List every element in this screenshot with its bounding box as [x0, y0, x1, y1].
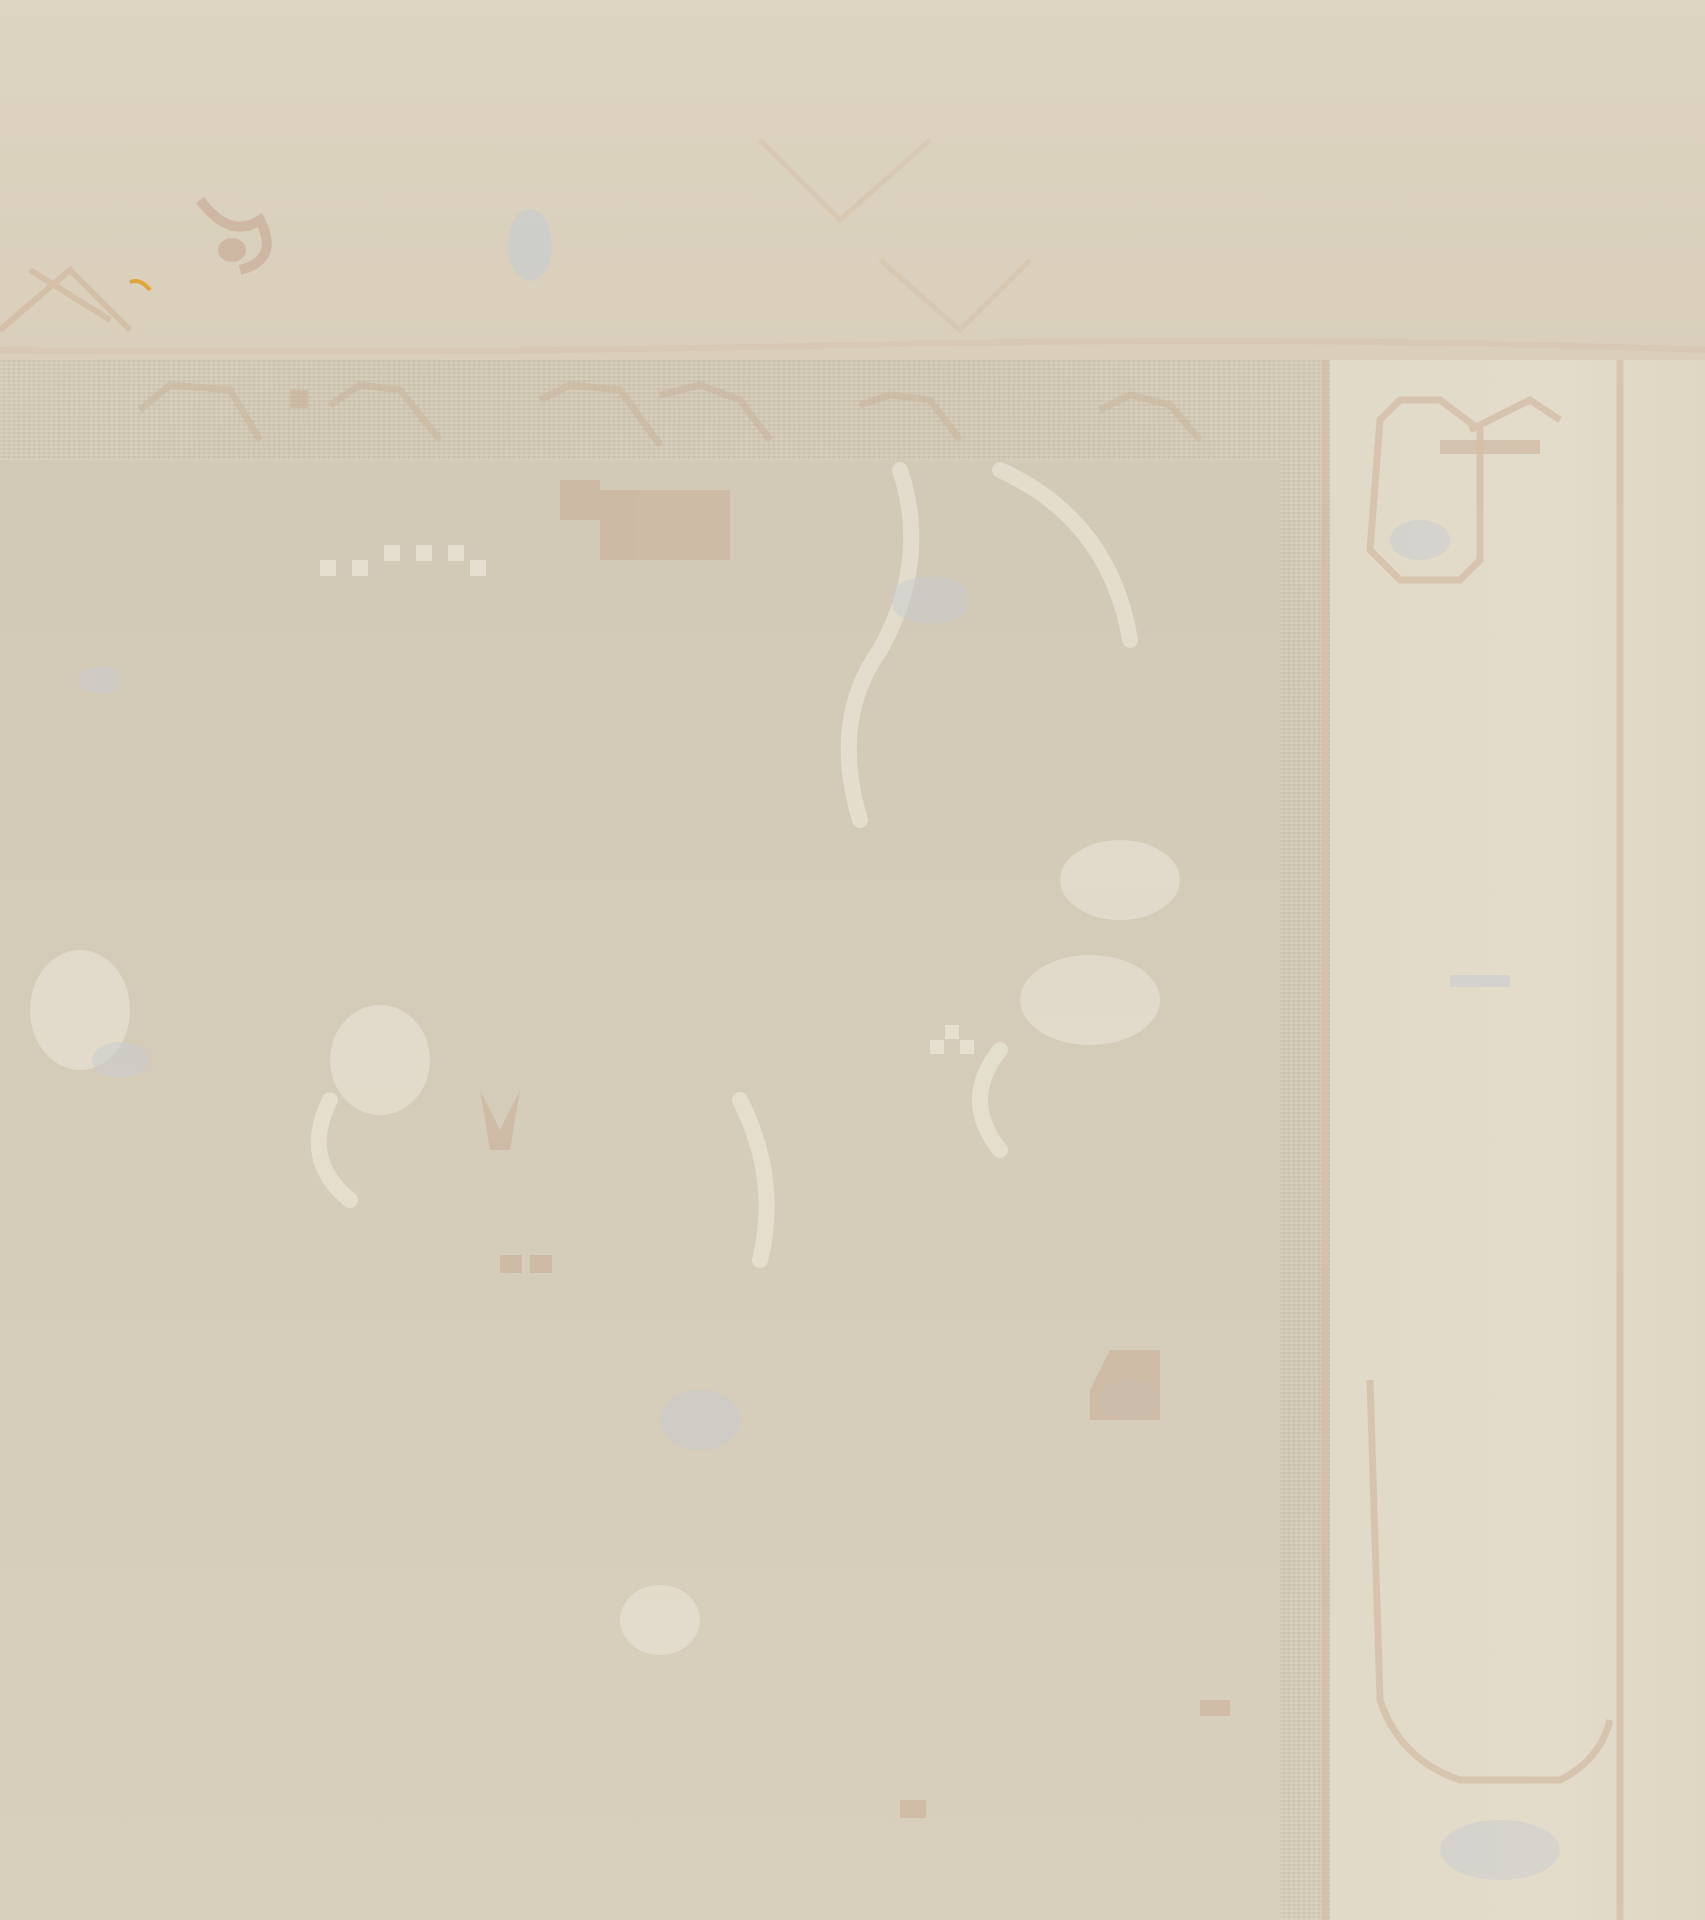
rug-pattern: [0, 0, 1705, 1920]
rug-photo: [0, 0, 1705, 1920]
